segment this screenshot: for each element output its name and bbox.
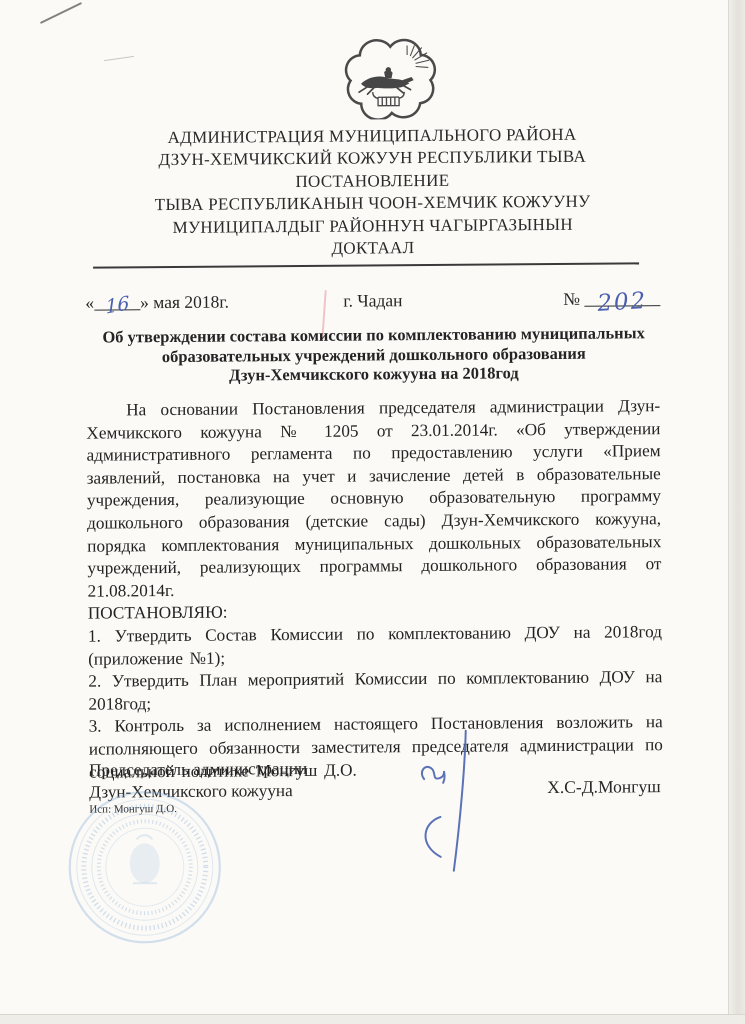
document-content: АДМИНИСТРАЦИЯ МУНИЦИПАЛЬНОГО РАЙОНА ДЗУН… <box>0 0 745 1024</box>
quote-open: « <box>85 293 94 313</box>
round-official-stamp-icon <box>58 787 231 959</box>
number-field: № 202 <box>563 288 660 310</box>
handwritten-signature-icon <box>410 725 491 881</box>
document-title: Об утверждении состава комиссии по компл… <box>79 323 669 386</box>
signer-name: Х.С-Д.Монгуш <box>547 776 661 798</box>
preamble-paragraph: На основании Постановления председателя … <box>86 395 662 603</box>
handwritten-number: 202 <box>597 294 648 311</box>
resolution-item-1: 1. Утвердить Состав Комиссии по комплект… <box>88 621 662 671</box>
date-place-number-row: «16» мая 2018г. г. Чадан № 202 <box>85 288 660 314</box>
resolution-item-2: 2. Утвердить План мероприятий Комиссии п… <box>88 666 662 716</box>
letterhead: АДМИНИСТРАЦИЯ МУНИЦИПАЛЬНОГО РАЙОНА ДЗУН… <box>77 123 668 262</box>
document-type-tuvan: ДОКТААЛ <box>78 235 668 262</box>
signer-post-line: Председатель администрации <box>89 758 307 782</box>
number-blank: 202 <box>584 290 660 307</box>
day-blank: 16 <box>94 295 140 310</box>
scanned-document-page: АДМИНИСТРАЦИЯ МУНИЦИПАЛЬНОГО РАЙОНА ДЗУН… <box>0 0 745 1024</box>
place-field: г. Чадан <box>343 290 402 311</box>
handwritten-day: 16 <box>105 296 129 315</box>
date-field: «16» мая 2018г. <box>85 292 229 314</box>
letterhead-line-tuvan: ТЫВА РЕСПУБЛИКАНЫН ЧООН-ХЕМЧИК КОЖУУНУ <box>78 190 668 217</box>
letterhead-line: ДЗУН-ХЕМЧИКСКИЙ КОЖУУН РЕСПУБЛИКИ ТЫВА <box>77 145 667 172</box>
number-label: № <box>563 289 580 309</box>
tuva-horseman-emblem-icon <box>334 37 451 120</box>
document-body: На основании Постановления председателя … <box>86 395 663 784</box>
header-divider <box>93 262 639 268</box>
month-year: мая 2018г. <box>149 292 229 313</box>
quote-close: » <box>140 292 149 312</box>
